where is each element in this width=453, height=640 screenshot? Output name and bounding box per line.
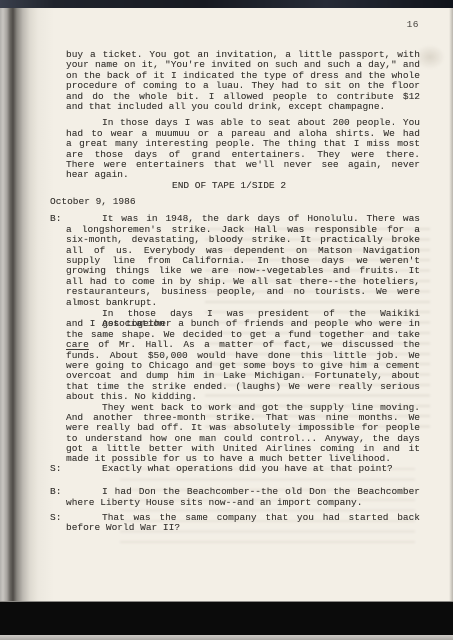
paragraph: buy a ticket. You got an invitation, a l…	[66, 50, 420, 112]
text-line: almost bankrupt.	[66, 298, 420, 308]
scanned-page: 16 buy a ticket. You got an invitation, …	[0, 0, 453, 640]
speaker-label: S:	[50, 513, 61, 523]
book-gutter-shadow	[0, 8, 54, 601]
speaker-label: B:	[50, 214, 61, 224]
transcript: buy a ticket. You got an invitation, a l…	[66, 8, 420, 534]
paragraph: B:I had Don the Beachcomber--the old Don…	[66, 487, 420, 508]
page-right-edge	[449, 8, 453, 601]
text-line: Exactly what operations did you have at …	[66, 464, 420, 474]
text-line: a great many interesting people. The thi…	[66, 139, 420, 149]
text-line: END OF TAPE 1/SIDE 2	[172, 181, 420, 191]
paragraph: In those days I was able to seat about 2…	[66, 118, 420, 180]
tape-end-marker: END OF TAPE 1/SIDE 2	[172, 181, 420, 191]
paragraph: S:That was the same company that you had…	[66, 513, 420, 534]
speaker-label: B:	[50, 487, 61, 497]
scan-top-band	[0, 0, 453, 8]
text-line: where Liberty House sits now--and an imp…	[66, 498, 420, 508]
paragraph: S:Exactly what operations did you have a…	[66, 464, 420, 474]
text-line: and that included all you could drink, e…	[66, 102, 420, 112]
underlined-word: care	[66, 339, 89, 350]
paragraph: B:It was in 1948, the dark days of Honol…	[66, 214, 420, 308]
text-line: care of Mr. Hall. As a matter of fact, w…	[66, 340, 420, 350]
date-heading: October 9, 1986	[50, 197, 420, 207]
paragraph: In those days I was president of the Wai…	[66, 309, 420, 403]
text-line: October 9, 1986	[50, 197, 420, 207]
text-line: before World War II?	[66, 523, 420, 533]
scan-foot-strip	[0, 635, 453, 640]
paragraph: They went back to work and got the suppl…	[66, 403, 420, 465]
text-line: procedure of coming to a luau. They had …	[66, 81, 420, 91]
text-line: about this. No kidding.	[66, 392, 420, 402]
scan-bottom-band	[0, 601, 453, 636]
speaker-label: S:	[50, 464, 61, 474]
